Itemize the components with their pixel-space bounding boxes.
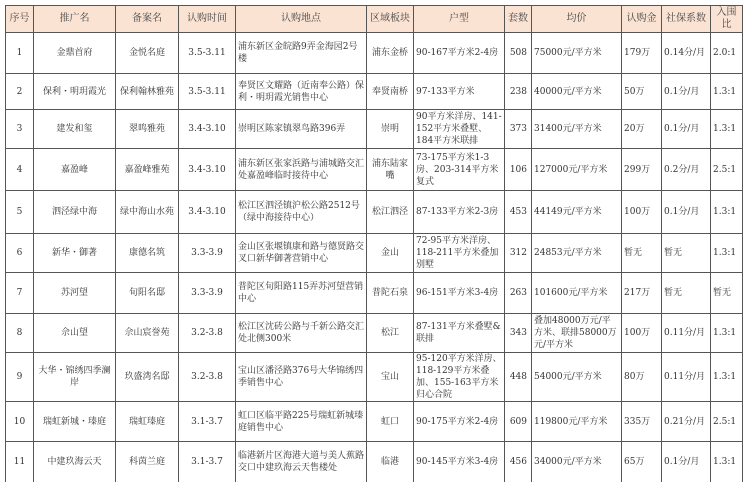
table-row: 6新华・御著康德名筑3.3-3.9金山区张堰镇康和路与德贤路交叉口新华御著营销中… xyxy=(6,234,743,273)
cell-social-security: 0.1分/月 xyxy=(662,191,711,234)
cell-deposit: 50万 xyxy=(622,74,662,110)
cell-unit-count: 238 xyxy=(505,74,532,110)
cell-unit-type: 87-131平方米叠墅&联排 xyxy=(414,314,505,353)
cell-avg-price: 40000元/平方米 xyxy=(532,74,622,110)
cell-row-number: 5 xyxy=(6,191,34,234)
cell-row-number: 11 xyxy=(6,442,34,482)
cell-deposit: 100万 xyxy=(622,314,662,353)
cell-unit-count: 343 xyxy=(505,314,532,353)
cell-unit-count: 373 xyxy=(505,110,532,149)
cell-unit-type: 87-133平方米2-3房 xyxy=(414,191,505,234)
cell-subscription-period: 3.5-3.11 xyxy=(179,33,236,74)
cell-registered-name: 翠鸣雅苑 xyxy=(116,110,179,149)
table-row: 2保利・明玥霞光保利翰林雅苑3.5-3.11奉贤区文耀路（近南奉公路）保利・明玥… xyxy=(6,74,743,110)
cell-unit-type: 72-95平方米洋房、118-211平方米叠加别墅 xyxy=(414,234,505,273)
cell-row-number: 10 xyxy=(6,402,34,442)
cell-unit-type: 90-145平方米3-4房 xyxy=(414,442,505,482)
cell-social-security: 0.11分/月 xyxy=(662,353,711,402)
cell-subscription-period: 3.2-3.8 xyxy=(179,353,236,402)
col-header-avg-price: 均价 xyxy=(532,6,622,33)
cell-social-security: 0.14分/月 xyxy=(662,33,711,74)
cell-promo-name: 新华・御著 xyxy=(34,234,116,273)
presale-table: 序号 推广名 备案名 认购时间 认购地点 区域板块 户型 套数 均价 认购金 社… xyxy=(5,5,743,482)
cell-area: 普陀石泉 xyxy=(367,273,414,314)
cell-location: 临港新片区海港大道与美人蕉路交口中建玖海云天售楼处 xyxy=(236,442,367,482)
cell-registered-name: 绿中海山水苑 xyxy=(116,191,179,234)
cell-avg-price: 119800元/平方米 xyxy=(532,402,622,442)
cell-area: 浦东陆家嘴 xyxy=(367,149,414,191)
cell-row-number: 6 xyxy=(6,234,34,273)
cell-social-security: 0.1分/月 xyxy=(662,442,711,482)
cell-location: 金山区张堰镇康和路与德贤路交叉口新华御著营销中心 xyxy=(236,234,367,273)
col-header-unit-type: 户型 xyxy=(414,6,505,33)
cell-registered-name: 保利翰林雅苑 xyxy=(116,74,179,110)
cell-location: 崇明区陈家镇翠鸟路396弄 xyxy=(236,110,367,149)
cell-area: 临港 xyxy=(367,442,414,482)
cell-unit-count: 106 xyxy=(505,149,532,191)
table-row: 9大华・锦绣四季澜岸玖盛湾名邸3.2-3.8宝山区潘泾路376号大华锦绣四季销售… xyxy=(6,353,743,402)
cell-unit-count: 456 xyxy=(505,442,532,482)
cell-ratio: 1.3:1 xyxy=(711,314,743,353)
cell-row-number: 1 xyxy=(6,33,34,74)
cell-unit-type: 73-175平方米1-3房、203-314平方米复式 xyxy=(414,149,505,191)
cell-unit-count: 453 xyxy=(505,191,532,234)
cell-unit-count: 263 xyxy=(505,273,532,314)
col-header-period: 认购时间 xyxy=(179,6,236,33)
cell-unit-type: 90-175平方米2-4房 xyxy=(414,402,505,442)
table-row: 1金鼎首府金悦名庭3.5-3.11浦东新区金皖路9弄金海园2号楼浦东金桥90-1… xyxy=(6,33,743,74)
cell-deposit: 179万 xyxy=(622,33,662,74)
table-row: 4嘉盈峰嘉盈峰雅苑3.4-3.10浦东新区张家浜路与浦城路交汇处嘉盈峰临时接待中… xyxy=(6,149,743,191)
cell-promo-name: 金鼎首府 xyxy=(34,33,116,74)
cell-social-security: 暂无 xyxy=(662,234,711,273)
cell-registered-name: 科茵兰庭 xyxy=(116,442,179,482)
cell-registered-name: 康德名筑 xyxy=(116,234,179,273)
cell-deposit: 299万 xyxy=(622,149,662,191)
cell-promo-name: 中建玖海云天 xyxy=(34,442,116,482)
cell-ratio: 2.5:1 xyxy=(711,149,743,191)
cell-row-number: 3 xyxy=(6,110,34,149)
cell-subscription-period: 3.3-3.9 xyxy=(179,234,236,273)
cell-location: 浦东新区金皖路9弄金海园2号楼 xyxy=(236,33,367,74)
table-row: 10瑞虹新城・瑧庭瑞虹瑧庭3.1-3.7虹口区临平路225号瑞虹新城瑧庭销售中心… xyxy=(6,402,743,442)
cell-avg-price: 34000元/平方米 xyxy=(532,442,622,482)
col-header-social-security: 社保系数 xyxy=(662,6,711,33)
cell-location: 松江区沈砖公路与千新公路交汇处北侧300米 xyxy=(236,314,367,353)
cell-area: 浦东金桥 xyxy=(367,33,414,74)
table-row: 11中建玖海云天科茵兰庭3.1-3.7临港新片区海港大道与美人蕉路交口中建玖海云… xyxy=(6,442,743,482)
cell-registered-name: 旬阳名邸 xyxy=(116,273,179,314)
col-header-location: 认购地点 xyxy=(236,6,367,33)
cell-deposit: 100万 xyxy=(622,191,662,234)
cell-location: 宝山区潘泾路376号大华锦绣四季销售中心 xyxy=(236,353,367,402)
table-row: 7苏河望旬阳名邸3.3-3.9普陀区旬阳路115弄苏河望营销中心普陀石泉96-1… xyxy=(6,273,743,314)
col-header-no: 序号 xyxy=(6,6,34,33)
cell-unit-type: 90平方米洋房、141-152平方米叠墅、184平方米联排 xyxy=(414,110,505,149)
cell-promo-name: 嘉盈峰 xyxy=(34,149,116,191)
cell-avg-price: 31400元/平方米 xyxy=(532,110,622,149)
col-header-units: 套数 xyxy=(505,6,532,33)
cell-registered-name: 金悦名庭 xyxy=(116,33,179,74)
cell-area: 崇明 xyxy=(367,110,414,149)
header-row: 序号 推广名 备案名 认购时间 认购地点 区域板块 户型 套数 均价 认购金 社… xyxy=(6,6,743,33)
cell-location: 奉贤区文耀路（近南奉公路）保利・明玥霞光销售中心 xyxy=(236,74,367,110)
cell-ratio: 1.3:1 xyxy=(711,191,743,234)
col-header-area: 区域板块 xyxy=(367,6,414,33)
cell-unit-type: 96-151平方米3-4房 xyxy=(414,273,505,314)
cell-social-security: 0.1分/月 xyxy=(662,110,711,149)
cell-unit-count: 448 xyxy=(505,353,532,402)
cell-registered-name: 佘山宸誉苑 xyxy=(116,314,179,353)
col-header-ratio: 入围比 xyxy=(711,6,743,33)
cell-location: 普陀区旬阳路115弄苏河望营销中心 xyxy=(236,273,367,314)
cell-subscription-period: 3.4-3.10 xyxy=(179,149,236,191)
cell-row-number: 8 xyxy=(6,314,34,353)
cell-deposit: 暂无 xyxy=(622,234,662,273)
cell-promo-name: 佘山望 xyxy=(34,314,116,353)
cell-promo-name: 瑞虹新城・瑧庭 xyxy=(34,402,116,442)
cell-deposit: 335万 xyxy=(622,402,662,442)
cell-unit-count: 312 xyxy=(505,234,532,273)
cell-avg-price: 叠加48000万元/平方米、联排58000万元/平方米 xyxy=(532,314,622,353)
cell-promo-name: 苏河望 xyxy=(34,273,116,314)
col-header-deposit: 认购金 xyxy=(622,6,662,33)
cell-avg-price: 127000元/平方米 xyxy=(532,149,622,191)
cell-unit-count: 508 xyxy=(505,33,532,74)
cell-subscription-period: 3.1-3.7 xyxy=(179,442,236,482)
cell-row-number: 9 xyxy=(6,353,34,402)
col-header-promo-name: 推广名 xyxy=(34,6,116,33)
cell-area: 松江泗泾 xyxy=(367,191,414,234)
cell-ratio: 2.5:1 xyxy=(711,402,743,442)
cell-social-security: 0.21分/月 xyxy=(662,402,711,442)
cell-ratio: 1.3:1 xyxy=(711,74,743,110)
cell-area: 奉贤南桥 xyxy=(367,74,414,110)
cell-unit-count: 609 xyxy=(505,402,532,442)
cell-unit-type: 90-167平方米2-4房 xyxy=(414,33,505,74)
cell-area: 金山 xyxy=(367,234,414,273)
cell-ratio: 1.3:1 xyxy=(711,442,743,482)
cell-unit-type: 95-120平方米洋房、118-129平方米叠加、155-163平方米归心合院 xyxy=(414,353,505,402)
cell-social-security: 0.11分/月 xyxy=(662,314,711,353)
col-header-registered-name: 备案名 xyxy=(116,6,179,33)
cell-social-security: 暂无 xyxy=(662,273,711,314)
cell-row-number: 7 xyxy=(6,273,34,314)
cell-location: 虹口区临平路225号瑞虹新城瑧庭销售中心 xyxy=(236,402,367,442)
cell-avg-price: 75000元/平方米 xyxy=(532,33,622,74)
cell-ratio: 暂无 xyxy=(711,273,743,314)
cell-avg-price: 24853元/平方米 xyxy=(532,234,622,273)
cell-area: 松江 xyxy=(367,314,414,353)
cell-unit-type: 97-133平方米 xyxy=(414,74,505,110)
cell-ratio: 1.3:1 xyxy=(711,110,743,149)
table-row: 3建发和玺翠鸣雅苑3.4-3.10崇明区陈家镇翠鸟路396弄崇明90平方米洋房、… xyxy=(6,110,743,149)
cell-location: 浦东新区张家浜路与浦城路交汇处嘉盈峰临时接待中心 xyxy=(236,149,367,191)
cell-row-number: 4 xyxy=(6,149,34,191)
cell-social-security: 0.2分/月 xyxy=(662,149,711,191)
cell-ratio: 1.3:1 xyxy=(711,353,743,402)
cell-area: 宝山 xyxy=(367,353,414,402)
cell-subscription-period: 3.1-3.7 xyxy=(179,402,236,442)
cell-ratio: 1.3:1 xyxy=(711,234,743,273)
cell-deposit: 20万 xyxy=(622,110,662,149)
cell-avg-price: 101600元/平方米 xyxy=(532,273,622,314)
cell-promo-name: 保利・明玥霞光 xyxy=(34,74,116,110)
cell-subscription-period: 3.3-3.9 xyxy=(179,273,236,314)
cell-area: 虹口 xyxy=(367,402,414,442)
cell-deposit: 217万 xyxy=(622,273,662,314)
cell-subscription-period: 3.4-3.10 xyxy=(179,191,236,234)
table-row: 8佘山望佘山宸誉苑3.2-3.8松江区沈砖公路与千新公路交汇处北侧300米松江8… xyxy=(6,314,743,353)
cell-row-number: 2 xyxy=(6,74,34,110)
cell-location: 松江区泗泾镇沪松公路2512号（绿中海接待中心） xyxy=(236,191,367,234)
cell-ratio: 2.0:1 xyxy=(711,33,743,74)
cell-subscription-period: 3.2-3.8 xyxy=(179,314,236,353)
table-row: 5泗泾绿中海绿中海山水苑3.4-3.10松江区泗泾镇沪松公路2512号（绿中海接… xyxy=(6,191,743,234)
cell-promo-name: 建发和玺 xyxy=(34,110,116,149)
cell-registered-name: 玖盛湾名邸 xyxy=(116,353,179,402)
cell-subscription-period: 3.5-3.11 xyxy=(179,74,236,110)
cell-registered-name: 瑞虹瑧庭 xyxy=(116,402,179,442)
cell-social-security: 0.1分/月 xyxy=(662,74,711,110)
cell-deposit: 65万 xyxy=(622,442,662,482)
cell-avg-price: 54000元/平方米 xyxy=(532,353,622,402)
cell-registered-name: 嘉盈峰雅苑 xyxy=(116,149,179,191)
cell-promo-name: 大华・锦绣四季澜岸 xyxy=(34,353,116,402)
cell-subscription-period: 3.4-3.10 xyxy=(179,110,236,149)
cell-promo-name: 泗泾绿中海 xyxy=(34,191,116,234)
cell-avg-price: 44149元/平方米 xyxy=(532,191,622,234)
cell-deposit: 80万 xyxy=(622,353,662,402)
